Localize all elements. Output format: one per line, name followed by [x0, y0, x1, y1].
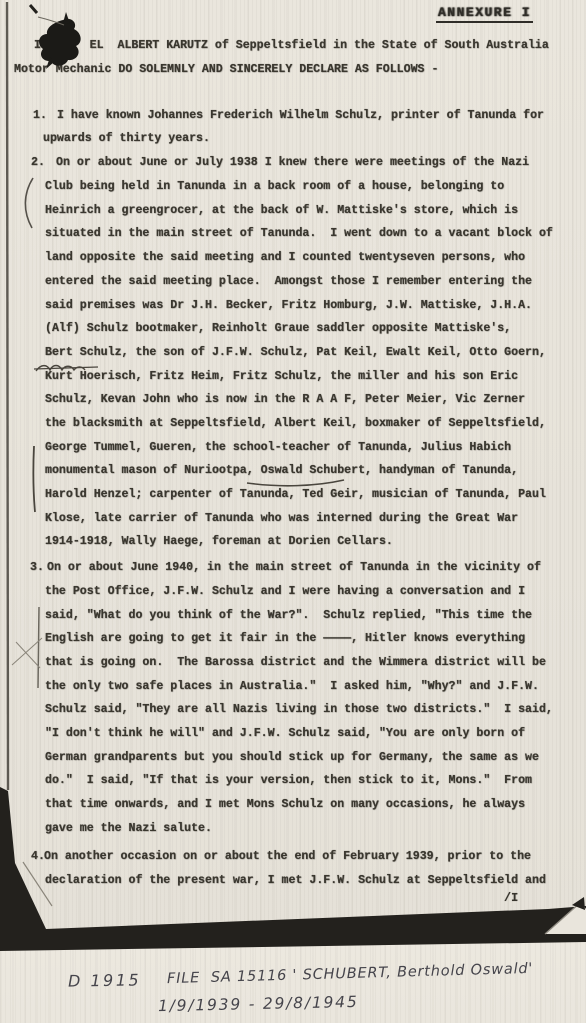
scanned-document-page: ANNEXURE I I EL ALBERT KARUTZ of Seppelt…	[0, 0, 586, 1023]
declaration-paragraph-1: 1.I have known Johannes Frederich Wilhel…	[0, 104, 586, 151]
typed-line: Schulz, Kevan John who is now in the R A…	[45, 388, 586, 412]
typed-line: do." I said, "If that is your version, t…	[45, 769, 586, 793]
archive-series-ref: D 1915	[68, 970, 141, 990]
paragraph-number: 2.	[31, 151, 45, 175]
typed-line: Schulz said, "They are all Nazis living …	[45, 698, 586, 722]
typed-line: I EL ALBERT KARUTZ of Seppeltsfield in t…	[34, 34, 586, 58]
typed-line: Kurt Hoerisch, Fritz Heim, Fritz Schulz,…	[45, 365, 586, 389]
typed-line: I have known Johannes Frederich Wilhelm …	[57, 104, 586, 128]
declaration-paragraph-2: 2.On or about June or July 1938 I knew t…	[0, 151, 586, 554]
typed-line: (Alf) Schulz bootmaker, Reinholt Graue s…	[45, 317, 586, 341]
typed-line: Heinrich a greengrocer, at the back of W…	[45, 199, 586, 223]
typed-line: Club being held in Tanunda in a back roo…	[45, 175, 586, 199]
typed-line: said premises was Dr J.H. Becker, Fritz …	[45, 294, 586, 318]
annexure-heading: ANNEXURE I	[436, 5, 533, 23]
typed-line: said, "What do you think of the War?". S…	[45, 604, 586, 628]
archive-file-title: FILE SA 15116 ' SCHUBERT, Berthold Oswal…	[167, 961, 534, 987]
typed-line: Harold Henzel; carpenter of Tanunda, Ted…	[45, 483, 586, 507]
typed-line: Bert Schulz, the son of J.F.W. Schulz, P…	[45, 341, 586, 365]
typed-line: English are going to get it fair in the …	[45, 627, 586, 651]
page-continuation-marker: /I	[504, 887, 518, 911]
typed-line: upwards of thirty years.	[43, 127, 586, 151]
typed-line: the Post Office, J.F.W. Schulz and I wer…	[45, 580, 586, 604]
typed-line: On or about June or July 1938 I knew the…	[56, 151, 586, 175]
typed-line: entered the said meeting place. Amongst …	[45, 270, 586, 294]
typed-line: "I don't think he will" and J.F.W. Schul…	[45, 722, 586, 746]
typed-line: the blacksmith at Seppeltsfield, Albert …	[45, 412, 586, 436]
paragraph-number: 1.	[33, 104, 47, 128]
typed-line: German grandparents but you should stick…	[45, 746, 586, 770]
typed-line: gave me the Nazi salute.	[45, 817, 586, 841]
archive-reference-sheet: D 1915 FILE SA 15116 ' SCHUBERT, Berthol…	[0, 941, 586, 1023]
typed-declaration-sheet: ANNEXURE I I EL ALBERT KARUTZ of Seppelt…	[0, 0, 586, 952]
declaration-paragraph-4: 4.On another occasion on or about the en…	[0, 845, 586, 892]
typed-line: 1914-1918, Wally Haege, foreman at Dorie…	[45, 530, 586, 554]
typed-line: Motor Mechanic DO SOLEMNLY AND SINCERELY…	[14, 58, 586, 82]
typed-line: On or about June 1940, in the main stree…	[47, 556, 586, 580]
typed-line: George Tummel, Gueren, the school-teache…	[45, 436, 586, 460]
typed-line: On another occasion on or about the end …	[44, 845, 586, 869]
paragraph-number: 3.	[30, 556, 44, 580]
typed-line: the only two safe places in Australia." …	[45, 675, 586, 699]
paragraph-number: 4.	[31, 845, 45, 869]
typed-line: that time onwards, and I met Mons Schulz…	[45, 793, 586, 817]
typed-line: that is going on. The Barossa district a…	[45, 651, 586, 675]
typed-line: monumental mason of Nuriootpa, Oswald Sc…	[45, 459, 586, 483]
typed-line: Klose, late carrier of Tanunda who was i…	[45, 507, 586, 531]
typed-line: situated in the main street of Tanunda. …	[45, 222, 586, 246]
declaration-opening: I EL ALBERT KARUTZ of Seppeltsfield in t…	[0, 34, 586, 81]
declaration-paragraph-3: 3.On or about June 1940, in the main str…	[0, 556, 586, 840]
archive-date-range: 1/9/1939 - 29/8/1945	[158, 993, 359, 1015]
typed-line: land opposite the said meeting and I cou…	[45, 246, 586, 270]
